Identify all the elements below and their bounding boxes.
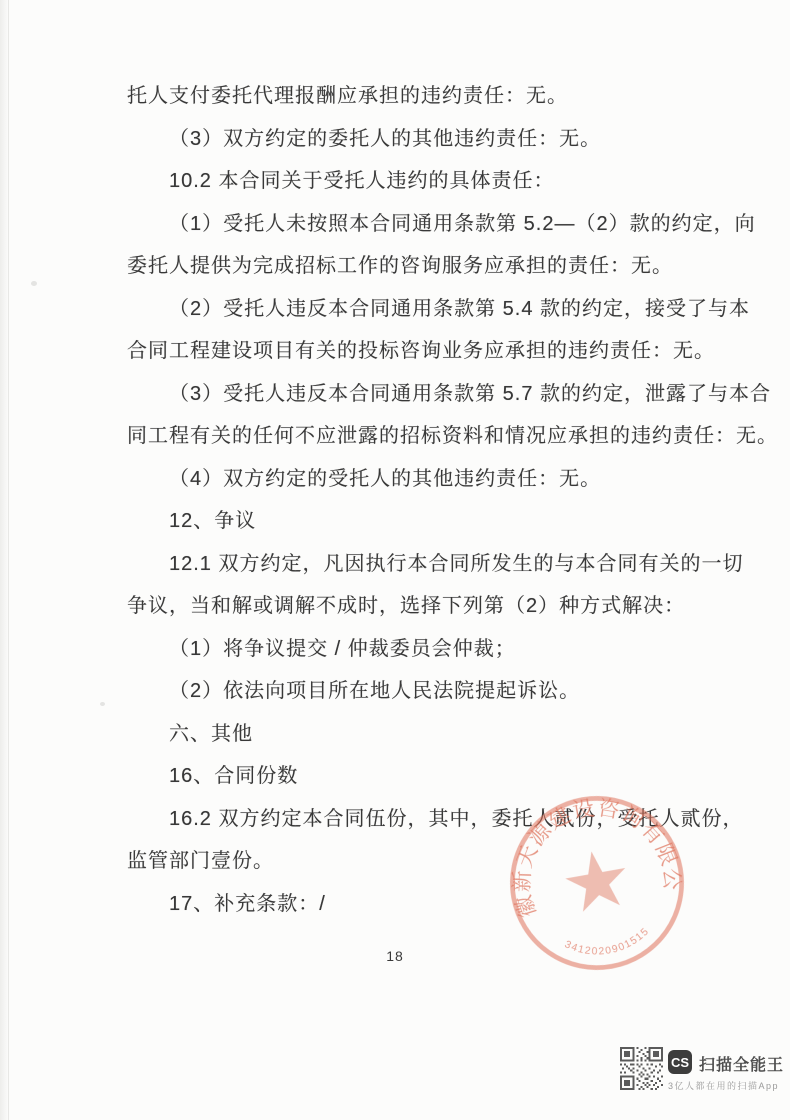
camscanner-logo-icon: CS: [668, 1050, 692, 1074]
qr-code-icon: [620, 1047, 663, 1090]
text-line: 六、其他: [127, 713, 737, 756]
text-line: 争议，当和解或调解不成时，选择下列第（2）种方式解决：: [127, 585, 737, 628]
text-line: （1）受托人未按照本合同通用条款第 5.2—（2）款的约定，向: [127, 203, 737, 246]
text-line: （2）依法向项目所在地人民法院提起诉讼。: [127, 670, 737, 713]
text-line: （4）双方约定的受托人的其他违约责任：无。: [127, 458, 737, 501]
text-line: 同工程有关的任何不应泄露的招标资料和情况应承担的违约责任：无。: [127, 415, 737, 458]
scanned-contract-page: 托人支付委托代理报酬应承担的违约责任：无。 （3）双方约定的委托人的其他违约责任…: [0, 0, 790, 1120]
page-number: 18: [0, 948, 790, 964]
text-line: 10.2 本合同关于受托人违约的具体责任：: [127, 160, 737, 203]
text-line: 12、争议: [127, 500, 737, 543]
text-line: 托人支付委托代理报酬应承担的违约责任：无。: [127, 75, 737, 118]
text-line: （2）受托人违反本合同通用条款第 5.4 款的约定，接受了与本: [127, 288, 737, 331]
scan-artifact: [31, 281, 37, 286]
text-line: 委托人提供为完成招标工作的咨询服务应承担的责任：无。: [127, 245, 737, 288]
contract-body-text: 托人支付委托代理报酬应承担的违约责任：无。 （3）双方约定的委托人的其他违约责任…: [127, 75, 737, 925]
text-line: 监管部门壹份。: [127, 840, 737, 883]
text-line: 16.2 双方约定本合同伍份，其中，委托人贰份，受托人贰份，: [127, 798, 737, 841]
text-line: （3）双方约定的委托人的其他违约责任：无。: [127, 118, 737, 161]
scan-artifact: [100, 702, 105, 706]
text-line: 17、补充条款：/: [127, 883, 737, 926]
text-line: 12.1 双方约定，凡因执行本合同所发生的与本合同有关的一切: [127, 543, 737, 586]
text-line: （3）受托人违反本合同通用条款第 5.7 款的约定，泄露了与本合: [127, 373, 737, 416]
text-line: 合同工程建设项目有关的投标咨询业务应承担的违约责任：无。: [127, 330, 737, 373]
text-line: 16、合同份数: [127, 755, 737, 798]
camscanner-app-name: 扫描全能王: [699, 1052, 784, 1075]
camscanner-tagline: 3亿人都在用的扫描App: [668, 1079, 779, 1092]
camscanner-watermark: CS 扫描全能王 3亿人都在用的扫描App: [620, 1045, 780, 1095]
text-line: （1）将争议提交 / 仲裁委员会仲裁；: [127, 628, 737, 671]
